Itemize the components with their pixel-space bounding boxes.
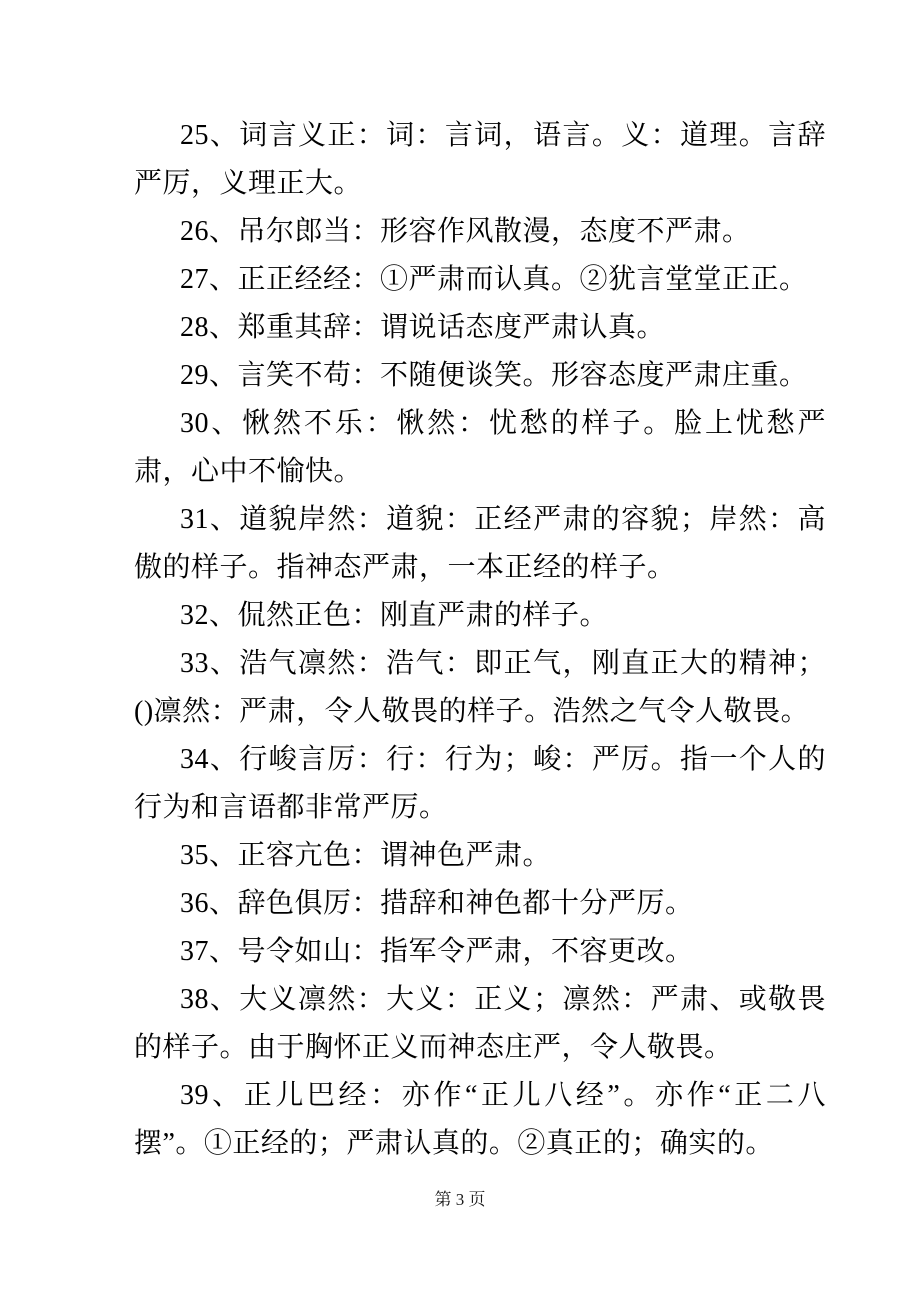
idiom-entry-34: 34、行峻言厉：行：行为；峻：严厉。指一个人的行为和言语都非常严厉。 [134,736,826,832]
idiom-entry-32: 32、侃然正色：刚直严肃的样子。 [134,592,826,640]
idiom-entry-28: 28、郑重其辞：谓说话态度严肃认真。 [134,304,826,352]
idiom-entry-26: 26、吊尔郎当：形容作风散漫，态度不严肃。 [134,208,826,256]
document-page: 25、词言义正：词：言词，语言。义：道理。言辞严厉，义理正大。 26、吊尔郎当：… [0,0,920,1302]
idiom-entry-35: 35、正容亢色：谓神色严肃。 [134,832,826,880]
idiom-entry-37: 37、号令如山：指军令严肃，不容更改。 [134,928,826,976]
idiom-list: 25、词言义正：词：言词，语言。义：道理。言辞严厉，义理正大。 26、吊尔郎当：… [134,112,826,1168]
page-number-label: 第 3 页 [435,1190,486,1209]
page-footer: 第 3 页 [0,1188,920,1212]
idiom-entry-39: 39、正儿巴经：亦作“正儿八经”。亦作“正二八摆”。①正经的；严肃认真的。②真正… [134,1072,826,1168]
idiom-entry-27: 27、正正经经：①严肃而认真。②犹言堂堂正正。 [134,256,826,304]
idiom-entry-38: 38、大义凛然：大义：正义；凛然：严肃、或敬畏的样子。由于胸怀正义而神态庄严，令… [134,976,826,1072]
idiom-entry-29: 29、言笑不苟：不随便谈笑。形容态度严肃庄重。 [134,352,826,400]
idiom-entry-30: 30、愀然不乐：愀然：忧愁的样子。脸上忧愁严肃，心中不愉快。 [134,400,826,496]
idiom-entry-33: 33、浩气凛然：浩气：即正气，刚直正大的精神；()凛然：严肃，令人敬畏的样子。浩… [134,640,826,736]
idiom-entry-31: 31、道貌岸然：道貌：正经严肃的容貌；岸然：高傲的样子。指神态严肃，一本正经的样… [134,496,826,592]
idiom-entry-36: 36、辞色俱厉：措辞和神色都十分严厉。 [134,880,826,928]
idiom-entry-25: 25、词言义正：词：言词，语言。义：道理。言辞严厉，义理正大。 [134,112,826,208]
